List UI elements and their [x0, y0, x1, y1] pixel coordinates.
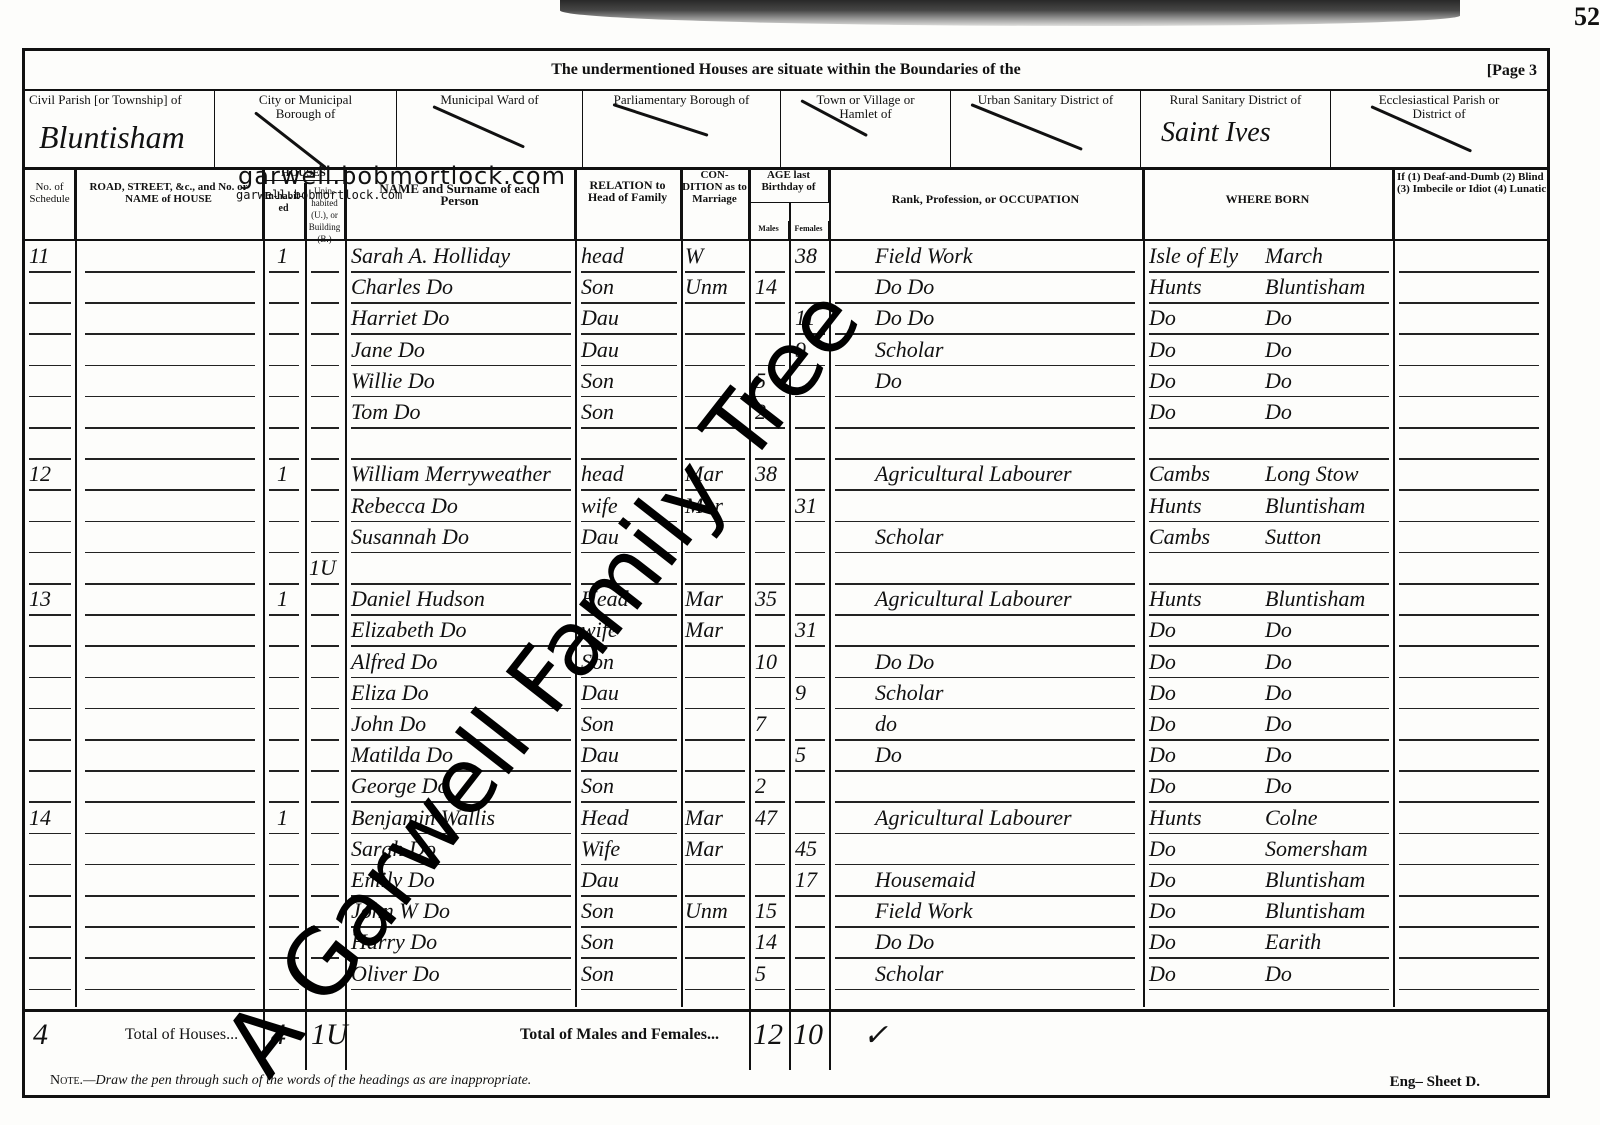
birth-county: Do [1149, 896, 1176, 926]
strike-through-mark [613, 103, 709, 137]
schedule-number: 14 [29, 803, 51, 833]
marital-condition: Mar [685, 803, 723, 833]
form-title: The undermentioned Houses are situate wi… [25, 51, 1547, 91]
table-row: Matilda DoDau5DoDoDo [25, 740, 1547, 771]
birth-county: Do [1149, 709, 1176, 739]
marital-condition: W [685, 241, 703, 271]
birth-place: Do [1265, 959, 1292, 989]
birth-county: Cambs [1149, 459, 1210, 489]
occupation: Do [875, 740, 902, 770]
birth-place: Bluntisham [1265, 584, 1365, 614]
table-row: 141Benjamin WallisHeadMar47Agricultural … [25, 803, 1547, 834]
col-header-males: Males [749, 221, 789, 239]
birth-place: Do [1265, 678, 1292, 708]
census-form: The undermentioned Houses are situate wi… [22, 48, 1550, 1098]
person-name: Charles Do [351, 272, 453, 302]
relation-to-head: head [581, 459, 624, 489]
occupation: Do [875, 366, 902, 396]
col-header-age: AGE last Birthday of [749, 167, 829, 203]
female-age: 38 [795, 241, 817, 271]
boundary-label: Municipal Ward of [397, 89, 582, 107]
inhabited-count: 1 [277, 584, 288, 614]
schedule-number: 12 [29, 459, 51, 489]
occupation: Do Do [875, 647, 934, 677]
table-row: John DoSon7doDoDo [25, 709, 1547, 740]
boundary-label: Rural Sanitary District of [1141, 89, 1330, 107]
birth-county: Do [1149, 959, 1176, 989]
page-edge-shadow [560, 0, 1460, 26]
row-rule [795, 989, 825, 991]
boundary-label: Civil Parish [or Township] of [25, 89, 214, 107]
total-males: 12 [753, 1018, 783, 1052]
birth-place: Sutton [1265, 522, 1321, 552]
person-name: Daniel Hudson [351, 584, 485, 614]
row-rule [581, 989, 677, 991]
occupation: Do Do [875, 303, 934, 333]
male-age: 47 [755, 803, 777, 833]
relation-to-head: Dau [581, 335, 619, 365]
birth-county: Hunts [1149, 272, 1202, 302]
occupation: Scholar [875, 678, 943, 708]
column-rule [345, 1012, 347, 1070]
birth-county: Do [1149, 740, 1176, 770]
col-header-condition: CON-DITION as to Marriage [681, 167, 749, 239]
occupation: Housemaid [875, 865, 975, 895]
inhabited-count: 1 [277, 241, 288, 271]
inhabited-count: 1 [277, 459, 288, 489]
boundaries-row: Civil Parish [or Township] of Bluntisham… [25, 89, 1547, 170]
relation-to-head: Son [581, 272, 614, 302]
table-row: Rebecca DowifeMar31HuntsBluntisham [25, 491, 1547, 522]
boundary-label: City or Municipal Borough of [215, 89, 396, 121]
table-row: Elizabeth DowifeMar31DoDo [25, 615, 1547, 646]
boundary-municipal-ward: Municipal Ward of [397, 89, 583, 167]
relation-to-head: Son [581, 366, 614, 396]
person-name: Sarah A. Holliday [351, 241, 510, 271]
boundary-label: Ecclesiastical Parish or District of [1331, 89, 1547, 121]
table-row: 121William MerryweatherheadMar38Agricult… [25, 459, 1547, 490]
birth-place: Do [1265, 615, 1292, 645]
total-females: 10 [793, 1018, 823, 1052]
table-row: John W DoSonUnm15Field WorkDoBluntisham [25, 896, 1547, 927]
occupation: Do Do [875, 927, 934, 957]
birth-place: Do [1265, 709, 1292, 739]
note-prefix: Note. [50, 1073, 83, 1088]
birth-place: Do [1265, 366, 1292, 396]
person-name: Rebecca Do [351, 491, 458, 521]
person-name: Elizabeth Do [351, 615, 467, 645]
male-age: 14 [755, 927, 777, 957]
female-age: 31 [795, 491, 817, 521]
birth-county: Isle of Ely [1149, 241, 1238, 271]
col-header-road: ROAD, STREET, &c., and No. or NAME of HO… [75, 167, 263, 239]
table-row: Sarah DoWifeMar45DoSomersham [25, 834, 1547, 865]
birth-county: Hunts [1149, 491, 1202, 521]
birth-place: Colne [1265, 803, 1318, 833]
relation-to-head: Son [581, 709, 614, 739]
female-age: 9 [795, 678, 806, 708]
column-rule [789, 1012, 791, 1070]
birth-place: Earith [1265, 927, 1321, 957]
table-row: Alfred DoSon10Do DoDoDo [25, 647, 1547, 678]
person-name: Eliza Do [351, 678, 429, 708]
male-age: 5 [755, 959, 766, 989]
watermark-url: garwell.bobmortlock.com [238, 162, 566, 190]
check-mark: ✓ [863, 1018, 888, 1053]
table-row: Harry DoSon14Do DoDoEarith [25, 927, 1547, 958]
birth-county: Do [1149, 865, 1176, 895]
female-age: 31 [795, 615, 817, 645]
column-rule [829, 1012, 831, 1070]
relation-to-head: Son [581, 959, 614, 989]
occupation: Agricultural Labourer [875, 459, 1072, 489]
birth-county: Do [1149, 397, 1176, 427]
birth-county: Do [1149, 303, 1176, 333]
strike-through-mark [970, 103, 1082, 151]
birth-place: Do [1265, 335, 1292, 365]
table-row: Eliza DoDau9ScholarDoDo [25, 678, 1547, 709]
occupation: Scholar [875, 335, 943, 365]
male-age: 15 [755, 896, 777, 926]
boundary-parliamentary-borough: Parliamentary Borough of [583, 89, 781, 167]
row-rule [685, 989, 745, 991]
column-rule [749, 1012, 751, 1070]
col-header-occupation: Rank, Profession, or OCCUPATION [829, 167, 1143, 239]
birth-county: Cambs [1149, 522, 1210, 552]
occupation: Field Work [875, 241, 973, 271]
relation-to-head: head [581, 241, 624, 271]
table-row: George DoSon2DoDo [25, 771, 1547, 802]
strike-through-mark [432, 105, 525, 148]
marital-condition: Mar [685, 834, 723, 864]
birth-place: Do [1265, 647, 1292, 677]
table-row: 1U [25, 553, 1547, 584]
inhabited-count: 1 [277, 803, 288, 833]
boundary-value: Bluntisham [39, 119, 185, 156]
col-header-infirmity: If (1) Deaf-and-Dumb (2) Blind (3) Imbec… [1393, 167, 1547, 239]
occupation: Scholar [875, 522, 943, 552]
row-rule [755, 989, 785, 991]
birth-place: Bluntisham [1265, 896, 1365, 926]
birth-county: Do [1149, 834, 1176, 864]
table-row: 131Daniel HudsonHeadMar35Agricultural La… [25, 584, 1547, 615]
boundary-ecclesiastical-parish: Ecclesiastical Parish or District of [1331, 89, 1547, 167]
schedule-number: 11 [29, 241, 49, 271]
occupation: Field Work [875, 896, 973, 926]
person-name: Alfred Do [351, 647, 438, 677]
boundary-civil-parish: Civil Parish [or Township] of Bluntisham [25, 89, 215, 167]
male-age: 35 [755, 584, 777, 614]
relation-to-head: Dau [581, 740, 619, 770]
marital-condition: Mar [685, 584, 723, 614]
birth-place: Bluntisham [1265, 865, 1365, 895]
birth-county: Do [1149, 771, 1176, 801]
page-reference: [Page 3 [1487, 51, 1537, 91]
male-age: 10 [755, 647, 777, 677]
folio-number: 52 [1574, 2, 1600, 32]
note-text: —Draw the pen through such of the words … [83, 1073, 531, 1088]
male-age: 14 [755, 272, 777, 302]
boundary-value: Saint Ives [1161, 117, 1271, 149]
occupation: Do Do [875, 272, 934, 302]
relation-to-head: Son [581, 927, 614, 957]
watermark-url-small: garwell.bobmortlock.com [236, 188, 402, 202]
birth-place: Do [1265, 397, 1292, 427]
female-age: 5 [795, 740, 806, 770]
boundary-rural-sanitary: Rural Sanitary District of Saint Ives [1141, 89, 1331, 167]
table-row: Emily DoDau17HousemaidDoBluntisham [25, 865, 1547, 896]
birth-county: Do [1149, 927, 1176, 957]
person-name: Tom Do [351, 397, 421, 427]
row-rule [835, 989, 1135, 991]
table-row: Susannah DoDauScholarCambsSutton [25, 522, 1547, 553]
male-age: 2 [755, 771, 766, 801]
birth-county: Do [1149, 615, 1176, 645]
female-age: 45 [795, 834, 817, 864]
row-rule [351, 989, 571, 991]
relation-to-head: Son [581, 397, 614, 427]
birth-county: Do [1149, 366, 1176, 396]
person-name: Susannah Do [351, 522, 469, 552]
col-header-schedule: No. of Schedule [25, 167, 75, 239]
birth-place: Do [1265, 303, 1292, 333]
col-header-relation: RELATION to Head of Family [575, 167, 681, 239]
birth-county: Do [1149, 335, 1176, 365]
birth-county: Do [1149, 678, 1176, 708]
occupation: Agricultural Labourer [875, 584, 1072, 614]
occupation: Scholar [875, 959, 943, 989]
occupation: Agricultural Labourer [875, 803, 1072, 833]
uninhabited-mark: 1U [309, 553, 336, 583]
schedule-number: 13 [29, 584, 51, 614]
birth-county: Hunts [1149, 803, 1202, 833]
person-name: John Do [351, 709, 426, 739]
marital-condition: Mar [685, 615, 723, 645]
relation-to-head: Head [581, 803, 629, 833]
boundary-label: Urban Sanitary District of [951, 89, 1140, 107]
sheet-label: Eng– Sheet D. [1390, 1074, 1480, 1091]
row-rule [1399, 989, 1539, 991]
boundary-municipal-borough: City or Municipal Borough of [215, 89, 397, 167]
row-rule [1149, 989, 1389, 991]
total-persons-label: Total of Males and Females... [520, 1026, 719, 1044]
relation-to-head: Dau [581, 865, 619, 895]
row-rule [85, 989, 255, 991]
table-row: 111Sarah A. HollidayheadW38Field WorkIsl… [25, 241, 1547, 272]
boundary-urban-sanitary: Urban Sanitary District of [951, 89, 1141, 167]
relation-to-head: Wife [581, 834, 620, 864]
person-name: William Merryweather [351, 459, 551, 489]
relation-to-head: Son [581, 771, 614, 801]
person-name: Harriet Do [351, 303, 449, 333]
birth-place: Long Stow [1265, 459, 1359, 489]
row-rule [29, 989, 71, 991]
birth-county: Do [1149, 647, 1176, 677]
relation-to-head: Son [581, 896, 614, 926]
total-schedules: 4 [33, 1018, 48, 1052]
female-age: 17 [795, 865, 817, 895]
birth-place: March [1265, 241, 1323, 271]
birth-county: Hunts [1149, 584, 1202, 614]
col-header-females: Females [789, 221, 829, 239]
birth-place: Bluntisham [1265, 272, 1365, 302]
col-header-where-born: WHERE BORN [1143, 167, 1393, 239]
birth-place: Do [1265, 740, 1292, 770]
marital-condition: Unm [685, 272, 728, 302]
marital-condition: Unm [685, 896, 728, 926]
birth-place: Bluntisham [1265, 491, 1365, 521]
boundary-town-village: Town or Village or Hamlet of [781, 89, 951, 167]
person-name: Jane Do [351, 335, 425, 365]
person-name: Willie Do [351, 366, 435, 396]
occupation: do [875, 709, 897, 739]
male-age: 7 [755, 709, 766, 739]
birth-place: Somersham [1265, 834, 1368, 864]
birth-place: Do [1265, 771, 1292, 801]
relation-to-head: Dau [581, 303, 619, 333]
